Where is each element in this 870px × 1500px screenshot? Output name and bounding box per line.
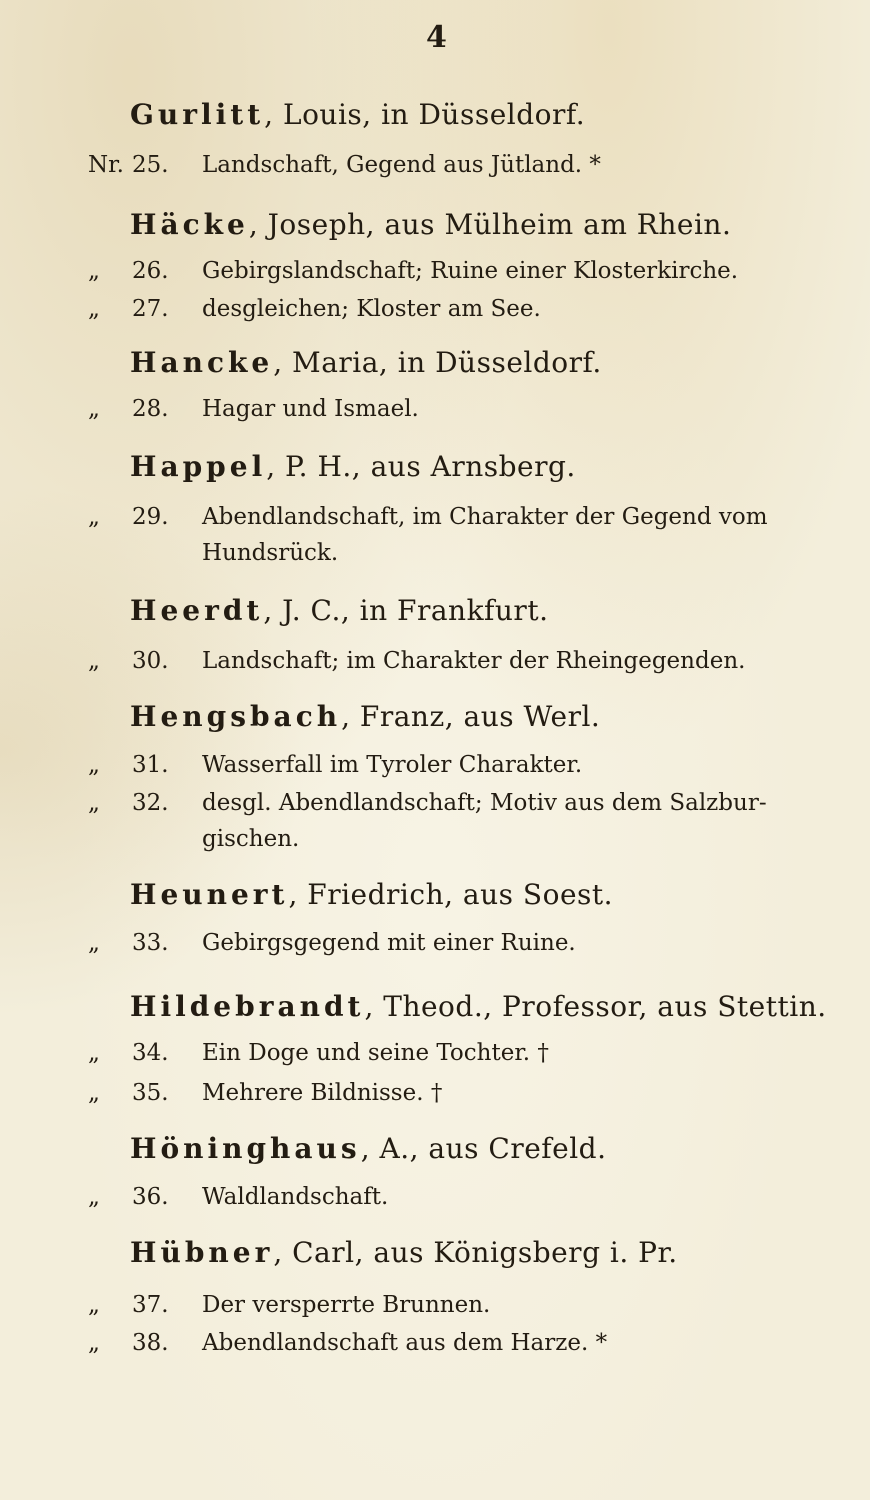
artist-heading: Hildebrandt, Theod., Professor, aus Stet…	[130, 990, 827, 1023]
catalog-item: „35.Mehrere Bildnisse. †	[88, 1080, 442, 1106]
catalog-item-continuation: Hundsrück.	[202, 540, 338, 566]
catalog-item: „29.Abendlandschaft, im Charakter der Ge…	[88, 504, 768, 530]
catalog-item: „31.Wasserfall im Tyroler Charakter.	[88, 752, 582, 778]
page-number: 4	[426, 20, 447, 55]
catalog-item: Nr.25.Landschaft, Gegend aus Jütland. *	[88, 152, 601, 178]
catalog-item: „34.Ein Doge und seine Tochter. †	[88, 1040, 549, 1066]
catalog-item: „33.Gebirgsgegend mit einer Ruine.	[88, 930, 576, 956]
catalog-item: „32.desgl. Abendlandschaft; Motiv aus de…	[88, 790, 767, 816]
catalog-item: „38.Abendlandschaft aus dem Harze. *	[88, 1330, 607, 1356]
catalog-item: „27.desgleichen; Kloster am See.	[88, 296, 541, 322]
catalog-item: „30.Landschaft; im Charakter der Rheinge…	[88, 648, 745, 674]
catalog-item: „28.Hagar und Ismael.	[88, 396, 419, 422]
artist-heading: Gurlitt, Louis, in Düsseldorf.	[130, 98, 585, 131]
catalog-item: „26.Gebirgslandschaft; Ruine einer Klost…	[88, 258, 738, 284]
artist-heading: Heunert, Friedrich, aus Soest.	[130, 878, 613, 911]
artist-heading: Hengsbach, Franz, aus Werl.	[130, 700, 600, 733]
artist-heading: Höninghaus, A., aus Crefeld.	[130, 1132, 607, 1165]
artist-heading: Heerdt, J. C., in Frankfurt.	[130, 594, 548, 627]
catalog-item: „36.Waldlandschaft.	[88, 1184, 388, 1210]
artist-heading: Happel, P. H., aus Arnsberg.	[130, 450, 576, 483]
artist-heading: Hübner, Carl, aus Königsberg i. Pr.	[130, 1236, 678, 1269]
catalog-item: „37.Der versperrte Brunnen.	[88, 1292, 490, 1318]
artist-heading: Hancke, Maria, in Düsseldorf.	[130, 346, 602, 379]
catalog-item-continuation: gischen.	[202, 826, 299, 852]
artist-heading: Häcke, Joseph, aus Mülheim am Rhein.	[130, 208, 731, 241]
